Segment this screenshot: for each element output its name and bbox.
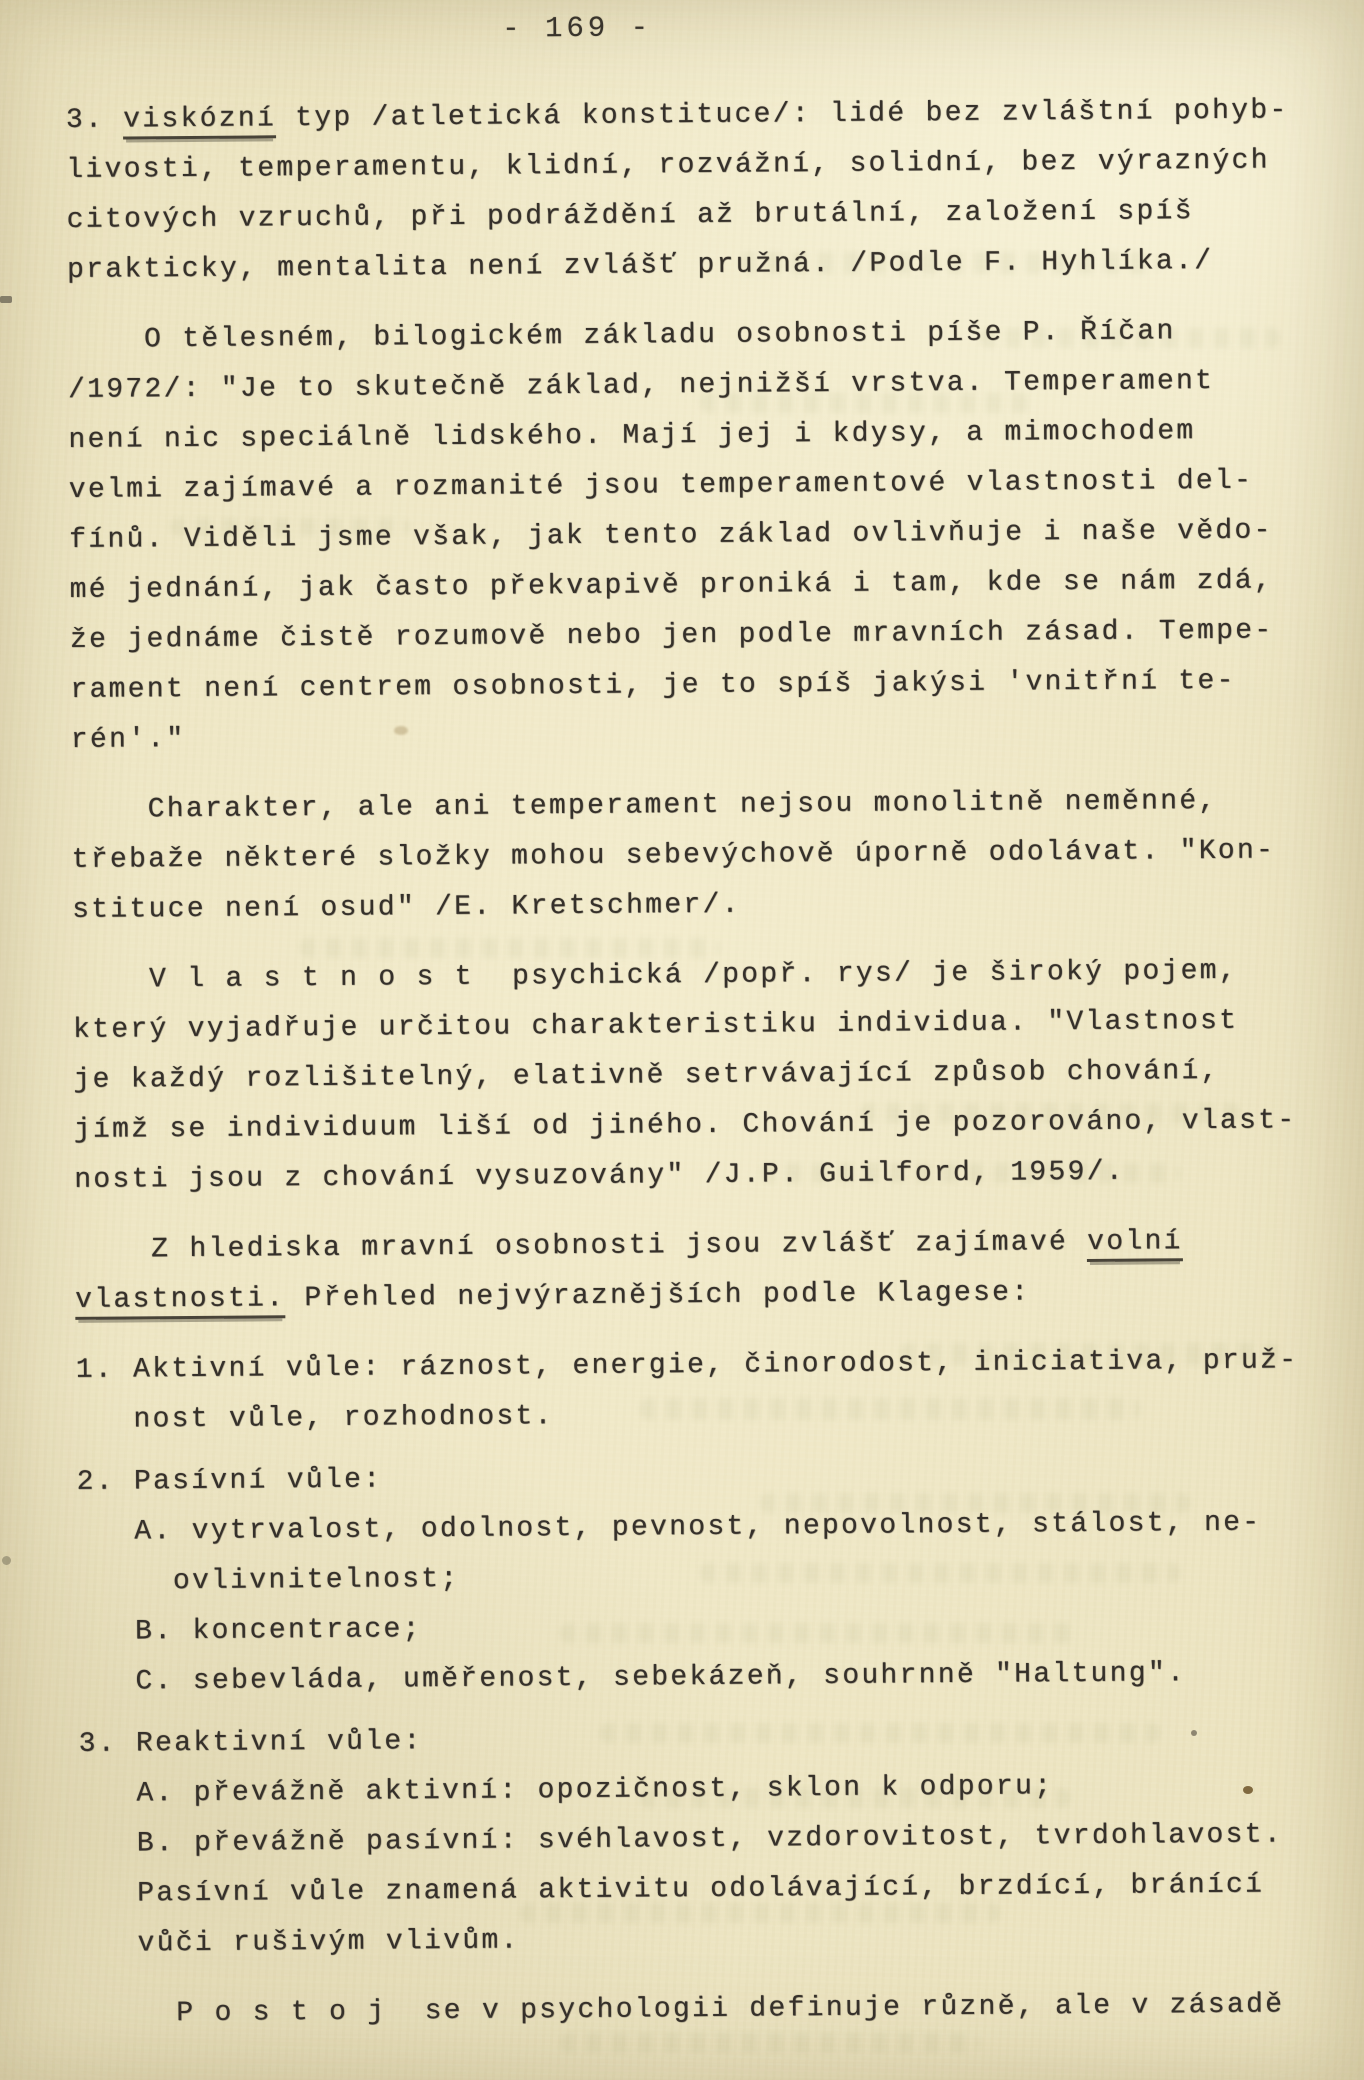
paragraph: P o s t o j se v psychologii definuje rů… xyxy=(81,1980,1354,2040)
text-segment: B. převážně pasívní: svéhlavost, vzdorov… xyxy=(137,1819,1283,1859)
text-segment: P o s t o j se v psychologii definuje rů… xyxy=(176,1989,1284,2029)
text-segment: C. sebevláda, uměřenost, sebekázeň, souh… xyxy=(135,1658,1186,1697)
text-segment: /1972/: "Je to skutečně základ, nejnižší… xyxy=(68,366,1214,406)
page-number: - 169 - xyxy=(502,11,652,45)
text-line: vlastnosti. Přehled nejvýraznějších podl… xyxy=(75,1266,1348,1326)
text-segment: nosti jsou z chování vysuzovány" /J.P. G… xyxy=(74,1157,1125,1196)
text-line: P o s t o j se v psychologii definuje rů… xyxy=(81,1980,1354,2040)
text-line: Z hlediska mravní osobnosti jsou zvlášť … xyxy=(75,1216,1348,1276)
text-segment: V l a s t n o s t psychická /popř. rys/ … xyxy=(149,956,1238,996)
text-segment: fínů. Viděli jsme však, jak tento základ… xyxy=(69,515,1273,555)
paragraph: 3. viskózní typ /atletická konstituce/: … xyxy=(66,86,1341,296)
text-line: stituce není osud" /E. Kretschmer/. xyxy=(72,876,1345,936)
underlined-term: volní xyxy=(1087,1226,1183,1262)
text-segment: 3. xyxy=(66,105,124,136)
text-segment: není nic speciálně lidského. Mají jej i … xyxy=(68,416,1195,456)
text-segment: ovlivnitelnost; xyxy=(173,1564,460,1597)
text-line: Pasívní vůle znamená aktivitu odolávajíc… xyxy=(80,1860,1353,1920)
text-segment: citových vzruchů, při podráždění až brut… xyxy=(67,196,1194,236)
text-line: rén'." xyxy=(71,706,1344,766)
text-segment: je každý rozlišitelný, elativně setrváva… xyxy=(73,1056,1219,1096)
text-line: vůči rušivým vlivům. xyxy=(80,1910,1353,1970)
list-item: 3. Reaktivní vůle:A. převážně aktivní: o… xyxy=(79,1710,1354,1970)
text-segment: Z hlediska mravní osobnosti jsou zvlášť … xyxy=(151,1227,1087,1265)
text-segment: Přehled nejvýraznějších podle Klagese: xyxy=(285,1277,1030,1314)
text-line: A. vytrvalost, odolnost, pevnost, nepovo… xyxy=(77,1498,1350,1558)
text-line: jímž se individuum liší od jiného. Chová… xyxy=(74,1096,1347,1156)
text-segment: vůči rušivým vlivům. xyxy=(137,1925,519,1959)
text-segment: 2. Pasívní vůle: xyxy=(77,1465,383,1498)
text-segment: že jednáme čistě rozumově nebo jen podle… xyxy=(70,615,1274,655)
text-line: 1. Aktivní vůle: ráznost, energie, činor… xyxy=(76,1336,1349,1396)
text-segment: velmi zajímavé a rozmanité jsou temperam… xyxy=(69,466,1254,506)
paragraph: Z hlediska mravní osobnosti jsou zvlášť … xyxy=(75,1216,1349,1326)
page-content: - 169 - 3. viskózní typ /atletická konst… xyxy=(0,0,1364,2080)
text-segment: jímž se individuum liší od jiného. Chová… xyxy=(74,1105,1297,1146)
list-item: 1. Aktivní vůle: ráznost, energie, činor… xyxy=(76,1336,1350,1446)
list-item: 2. Pasívní vůle:A. vytrvalost, odolnost,… xyxy=(76,1448,1351,1708)
text-segment: rén'." xyxy=(71,724,186,756)
paragraph: V l a s t n o s t psychická /popř. rys/ … xyxy=(73,946,1348,1206)
paragraph: Charakter, ale ani temperament nejsou mo… xyxy=(71,776,1345,936)
text-segment: Charakter, ale ani temperament nejsou mo… xyxy=(148,786,1218,825)
underlined-term: viskózní xyxy=(123,103,276,139)
paragraph: O tělesném, bilogickém základu osobnosti… xyxy=(67,306,1343,766)
text-line: třebaže některé složky mohou sebevýchově… xyxy=(72,826,1345,886)
text-segment: 3. Reaktivní vůle: xyxy=(79,1726,423,1760)
text-segment: livosti, temperamentu, klidní, rozvážní,… xyxy=(66,146,1270,186)
text-line: C. sebevláda, uměřenost, sebekázeň, souh… xyxy=(78,1648,1351,1708)
underlined-term: vlastnosti. xyxy=(75,1283,285,1320)
text-segment: typ /atletická konstituce/: lidé bez zvl… xyxy=(276,95,1289,134)
text-segment: stituce není osud" /E. Kretschmer/. xyxy=(72,890,741,926)
text-line: nosti jsou z chování vysuzovány" /J.P. G… xyxy=(74,1146,1347,1206)
scanned-page: { "page": { "kind": "scanned typewritten… xyxy=(0,0,1364,2080)
paper-speck xyxy=(2,1556,11,1565)
text-segment: třebaže některé složky mohou sebevýchově… xyxy=(72,835,1276,875)
text-segment: O tělesném, bilogickém základu osobnosti… xyxy=(144,316,1176,355)
text-segment: nost vůle, rozhodnost. xyxy=(133,1401,553,1435)
text-line: rament není centrem osobnosti, je to spí… xyxy=(70,656,1343,716)
text-segment: 1. Aktivní vůle: ráznost, energie, činor… xyxy=(76,1345,1299,1386)
text-body: 3. viskózní typ /atletická konstituce/: … xyxy=(66,86,1354,2040)
text-segment: mé jednání, jak často překvapivě proniká… xyxy=(70,565,1274,605)
text-segment: A. převážně aktivní: opozičnost, sklon k… xyxy=(136,1771,1053,1809)
text-line: prakticky, mentalita není zvlášť pružná.… xyxy=(67,236,1340,296)
text-segment: který vyjadřuje určitou charakteristiku … xyxy=(73,1006,1238,1046)
text-line: nost vůle, rozhodnost. xyxy=(76,1386,1349,1446)
text-segment: A. vytrvalost, odolnost, pevnost, nepovo… xyxy=(134,1508,1261,1548)
text-segment: B. koncentrace; xyxy=(135,1614,422,1647)
text-segment: Pasívní vůle znamená aktivitu odolávajíc… xyxy=(137,1870,1264,1910)
text-segment: rament není centrem osobnosti, je to spí… xyxy=(70,666,1235,706)
paper-sheet: - 169 - 3. viskózní typ /atletická konst… xyxy=(0,0,1364,2080)
text-segment: prakticky, mentalita není zvlášť pružná.… xyxy=(67,246,1213,286)
